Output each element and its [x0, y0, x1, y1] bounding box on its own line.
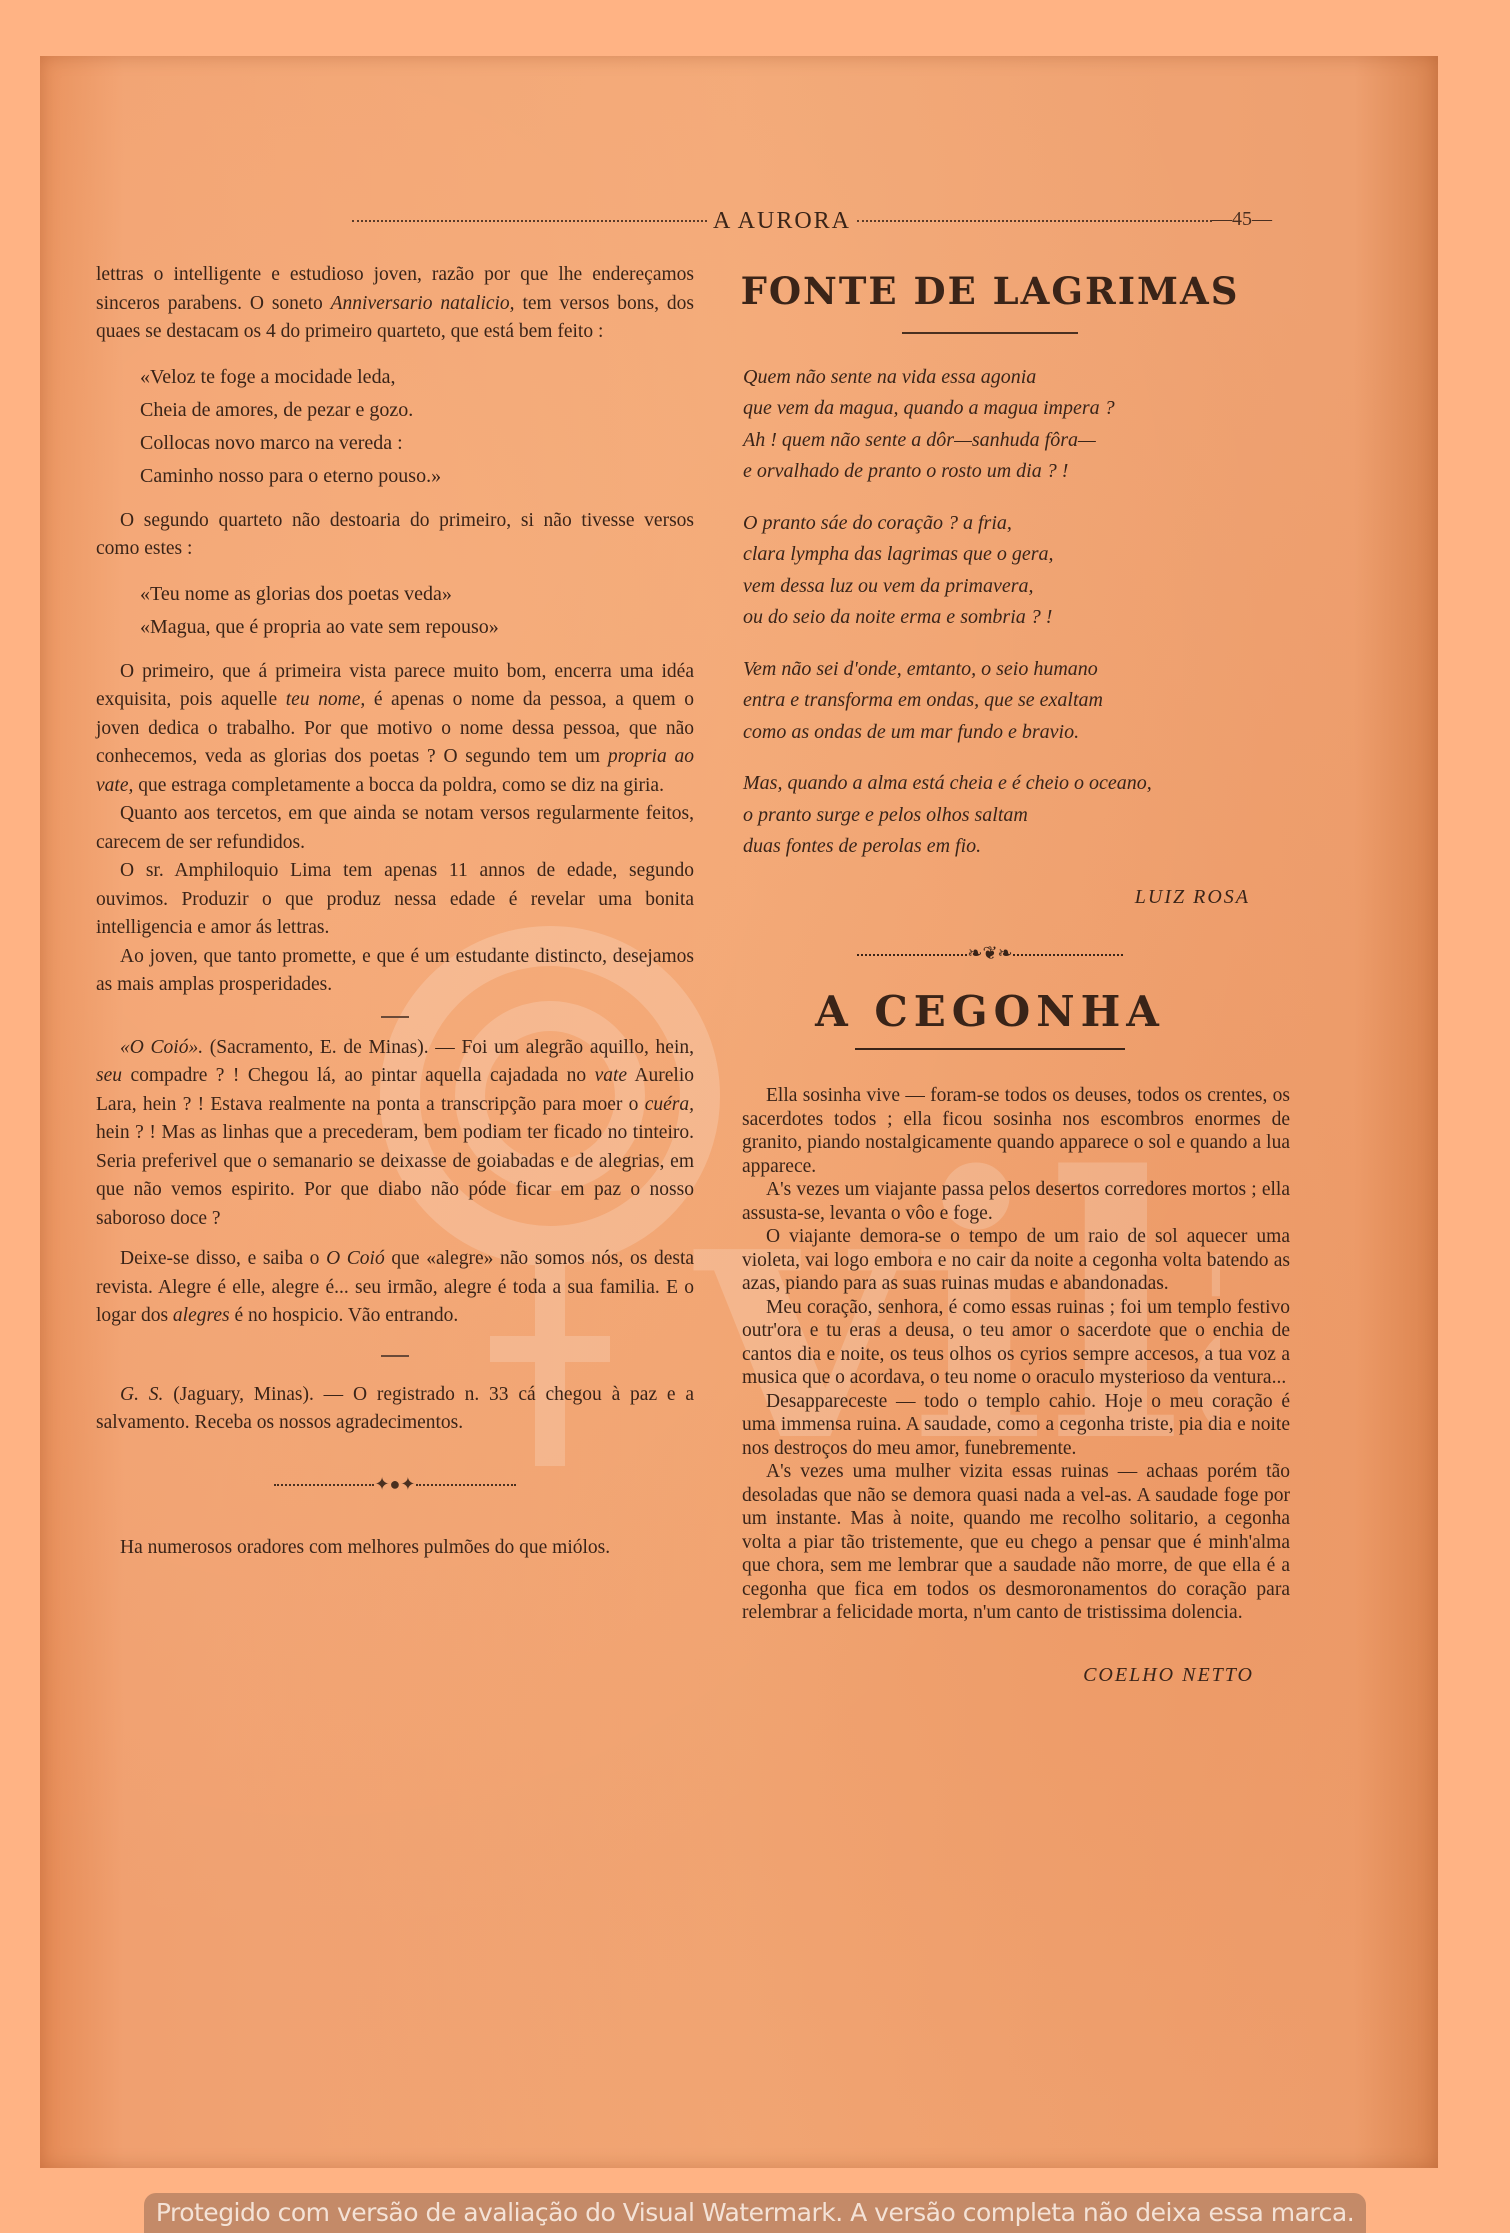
- oradores-paragraph: Ha numerosos oradores com melhores pulmõ…: [96, 1534, 694, 1563]
- newspaper-page: vila A AURORA —45— lettras o intelligent…: [40, 56, 1438, 2168]
- poem-body: Quem não sente na vida essa agonia que v…: [743, 362, 1290, 863]
- right-column: FONTE DE LAGRIMAS Quem não sente na vida…: [690, 261, 1290, 1689]
- story-author: COELHO NETTO: [690, 1661, 1254, 1690]
- primeiro-paragraph: O primeiro, que á primeira vista parece …: [96, 658, 694, 801]
- stanza: Mas, quando a alma está cheia e é cheio …: [743, 768, 1290, 863]
- stanza: Quem não sente na vida essa agonia que v…: [743, 362, 1290, 488]
- poem-title: FONTE DE LAGRIMAS: [690, 277, 1290, 306]
- stanza: Vem não sei d'onde, emtanto, o seio huma…: [743, 654, 1290, 749]
- tercetos-paragraph: Quanto aos tercetos, em que ainda se not…: [96, 800, 694, 857]
- intro-paragraph: lettras o intelligente e estudioso joven…: [96, 261, 694, 347]
- coio-paragraph: «O Coió». (Sacramento, E. de Minas). — F…: [96, 1034, 694, 1234]
- section-separator: [381, 1016, 409, 1018]
- amphiloquio-paragraph: O sr. Amphiloquio Lima tem apenas 11 ann…: [96, 857, 694, 943]
- story-body: Ella sosinha vive — foram-se todos os de…: [690, 1084, 1290, 1625]
- deixe-paragraph: Deixe-se disso, e saiba o O Coió que «al…: [96, 1245, 694, 1331]
- joven-paragraph: Ao joven, que tanto promette, e que é um…: [96, 943, 694, 1000]
- section-separator: [381, 1355, 409, 1357]
- story-title: A CEGONHA: [690, 998, 1290, 1027]
- ornament-divider: ✦●✦: [96, 1470, 694, 1499]
- header-rule-left: [352, 220, 707, 222]
- running-header: A AURORA —45—: [352, 206, 1212, 236]
- quoted-verse-2: «Teu nome as glorias dos poetas veda» «M…: [140, 578, 694, 644]
- second-quartet-paragraph: O segundo quarteto não destoaria do prim…: [96, 507, 694, 564]
- header-rule-right: [857, 220, 1212, 222]
- ornament-icon: ✦●✦: [374, 1474, 415, 1494]
- title-rule: [902, 332, 1078, 334]
- ornament-divider: ❧❦❧: [690, 939, 1290, 968]
- title-rule: [855, 1048, 1125, 1050]
- stanza: O pranto sáe do coração ? a fria, clara …: [743, 508, 1290, 634]
- flourish-icon: ❧❦❧: [967, 943, 1012, 963]
- gs-paragraph: G. S. (Jaguary, Minas). — O registrado n…: [96, 1381, 694, 1438]
- poem-author: LUIZ ROSA: [690, 883, 1250, 912]
- publication-title: A AURORA: [707, 208, 857, 235]
- quoted-verse-1: «Veloz te foge a mocidade leda, Cheia de…: [140, 361, 694, 493]
- left-column: lettras o intelligente e estudioso joven…: [96, 261, 694, 1563]
- watermark-notice: Protegido com versão de avaliação do Vis…: [144, 2193, 1366, 2233]
- page-number: —45—: [1212, 208, 1272, 231]
